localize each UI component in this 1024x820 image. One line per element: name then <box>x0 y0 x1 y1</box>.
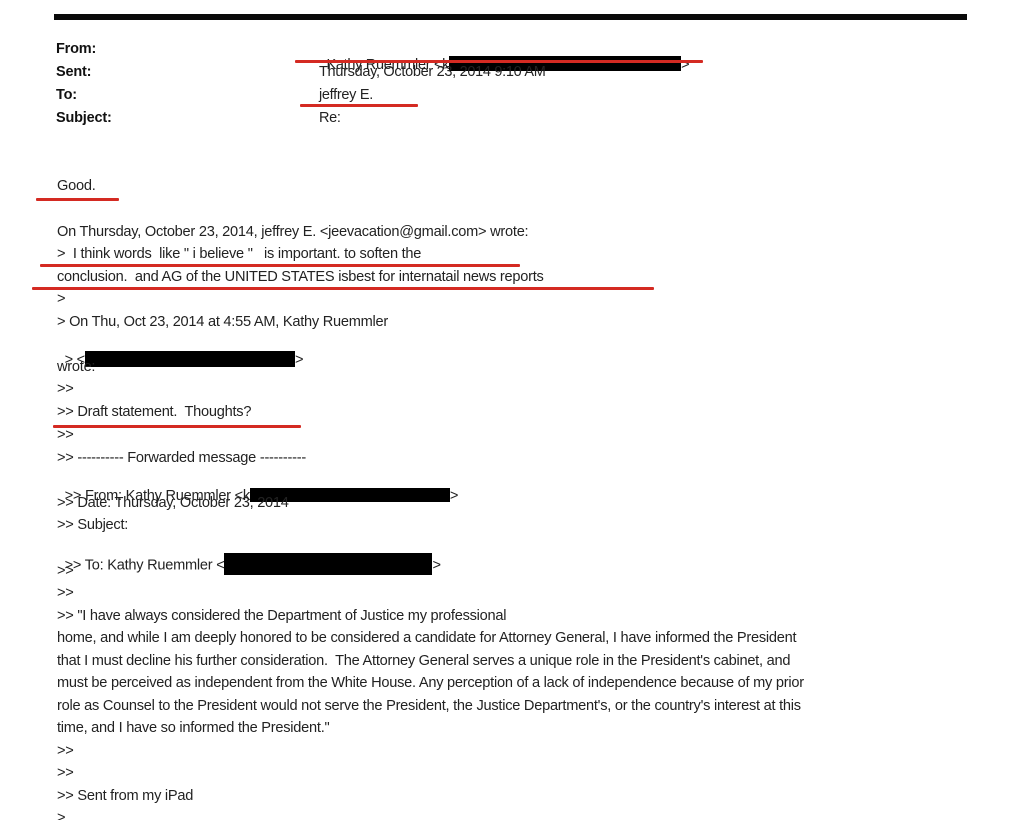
fwd-to-text: >> To: Kathy Ruemmler < <box>65 557 225 573</box>
annotation-underline <box>300 104 418 107</box>
to-label: To: <box>56 87 77 103</box>
quote-line: conclusion. and AG of the UNITED STATES … <box>57 269 544 285</box>
from-label: From: <box>56 41 96 57</box>
statement-line: role as Counsel to the President would n… <box>57 698 801 714</box>
header-rule <box>54 14 967 20</box>
annotation-underline <box>53 425 301 428</box>
subject-value: Re: <box>319 110 341 126</box>
subject-label: Subject: <box>56 110 112 126</box>
reply-text: Good. <box>57 178 96 194</box>
fwd-date: >> Date: Thursday, October 23, 2014 <box>57 495 289 511</box>
quote-marker: >> <box>57 563 74 579</box>
quote-line: > I think words like " i believe " is im… <box>57 246 421 262</box>
to-value: jeffrey E. <box>319 87 373 103</box>
quote-marker: >> <box>57 427 74 443</box>
quote-marker: >> <box>57 585 74 601</box>
quote-line: > <box>57 291 65 307</box>
annotation-underline <box>295 60 703 63</box>
annotation-underline <box>40 264 520 267</box>
statement-line: time, and I have so informed the Preside… <box>57 720 329 736</box>
quote-marker: >> <box>57 743 74 759</box>
statement-line: that I must decline his further consider… <box>57 653 790 669</box>
fwd-from-close: > <box>450 488 458 504</box>
draft-line: >> Draft statement. Thoughts? <box>57 404 251 420</box>
sent-label: Sent: <box>56 64 91 80</box>
nested-wrote: wrote: <box>57 359 95 375</box>
statement-line: must be perceived as independent from th… <box>57 675 804 691</box>
statement-line: >> "I have always considered the Departm… <box>57 608 506 624</box>
signature: >> Sent from my iPad <box>57 788 193 804</box>
nested-intro: > On Thu, Oct 23, 2014 at 4:55 AM, Kathy… <box>57 314 388 330</box>
redaction-box <box>224 553 432 575</box>
quote-marker: >> <box>57 381 74 397</box>
quote-marker: >> <box>57 765 74 781</box>
fwd-to-close: > <box>432 557 440 573</box>
fwd-to: >> To: Kathy Ruemmler <> <box>57 540 441 575</box>
quote-intro: On Thursday, October 23, 2014, jeffrey E… <box>57 224 528 240</box>
quote-marker: > <box>57 810 65 820</box>
fwd-subject: >> Subject: <box>57 517 128 533</box>
redaction-box <box>85 351 295 367</box>
forwarded-divider: >> ---------- Forwarded message --------… <box>57 450 306 466</box>
nested-email-close: > <box>295 352 303 368</box>
annotation-underline <box>36 198 119 201</box>
sent-value: Thursday, October 23, 2014 9:10 AM <box>319 64 546 80</box>
annotation-underline <box>32 287 654 290</box>
statement-line: home, and while I am deeply honored to b… <box>57 630 796 646</box>
